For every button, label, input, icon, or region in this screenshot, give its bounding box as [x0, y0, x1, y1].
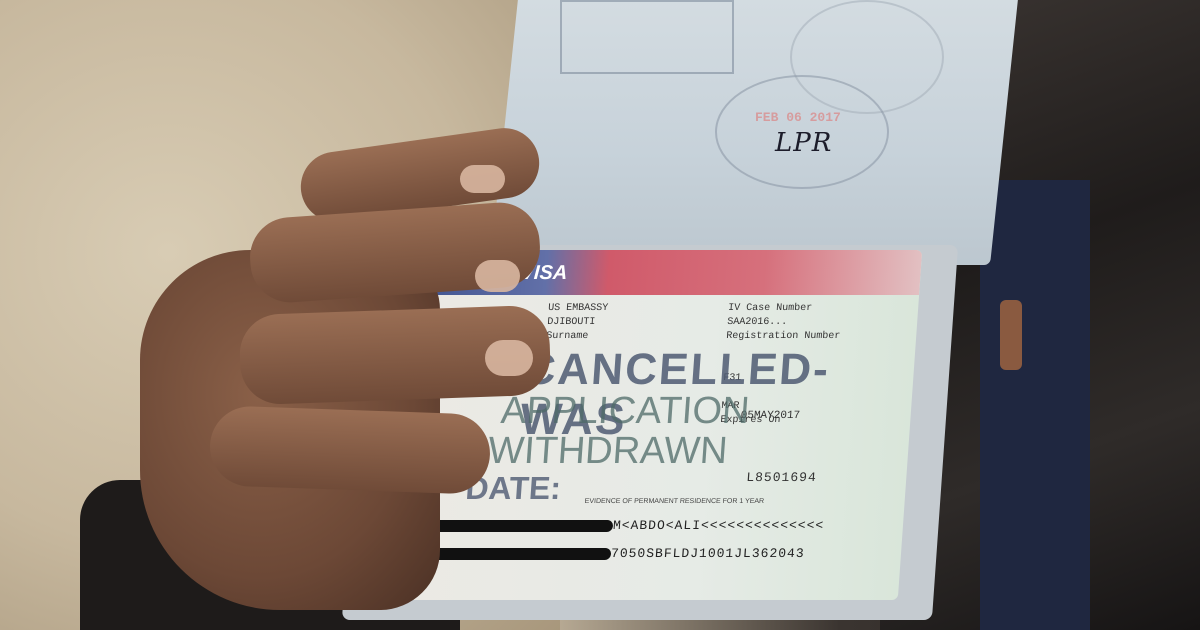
hand — [130, 140, 560, 610]
visa-annotation: EVIDENCE OF PERMANENT RESIDENCE FOR 1 YE… — [584, 498, 764, 505]
stamp-date: FEB 06 2017 — [755, 110, 841, 125]
mrz-line-2: 7050SBFLDJ1001JL362043 — [610, 546, 805, 561]
fingernail — [475, 260, 520, 292]
fingernail — [485, 340, 533, 376]
mrz-line-1: M<ABDO<ALI<<<<<<<<<<<<<< — [612, 518, 824, 533]
zipper-pull — [1000, 300, 1022, 370]
handwritten-lpr: LPR — [775, 128, 832, 158]
photo-scene: FEB 06 2017 LPR VISA US EMBASSY DJIBOUTI… — [0, 0, 1200, 630]
control-number: L8501694 — [746, 470, 817, 485]
shirt — [980, 180, 1090, 630]
finger — [209, 405, 492, 495]
entry-stamp — [560, 0, 734, 74]
fingernail — [460, 165, 505, 193]
